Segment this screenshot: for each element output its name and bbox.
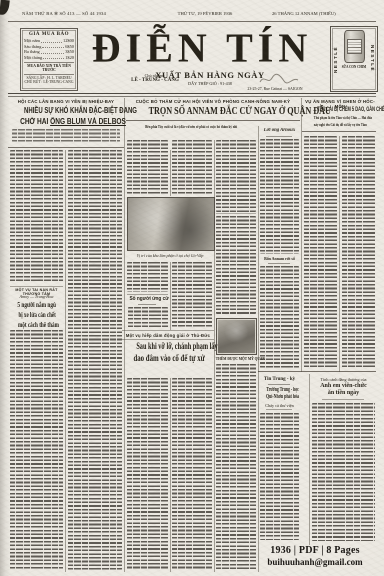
column-divider bbox=[170, 150, 171, 196]
rape-case-line1: Sau khi vỡ lỡ, chánh phạm lấy bbox=[136, 342, 199, 352]
text-column bbox=[260, 413, 299, 540]
annam-subhead: Bốn Annam rớt số bbox=[262, 256, 297, 261]
text-column bbox=[216, 364, 256, 570]
text-column bbox=[304, 136, 337, 368]
headline-right-title: TÊN CẢI BỊ CHÉM 5 DAO, GẦN CHẾT bbox=[317, 106, 363, 113]
masthead-rule bbox=[8, 93, 376, 97]
train-headline: 5 người nằm ngủ bị xe lửa cán chết một c… bbox=[10, 300, 63, 329]
train-headline-line1: 5 người nằm ngủ bbox=[17, 300, 55, 309]
headline-center-title: TRỌN SỐ ANNAM ĐẮC CỬ NGAY Ở QUẬN ĐẦU bbox=[149, 105, 278, 117]
scan-watermark: 1936 | PDF | 8 Pages buihuuhanh@gmail.co… bbox=[256, 545, 374, 567]
arnoux-heading-wrap: Lời ông Arnoux bbox=[260, 128, 299, 133]
rape-case-line2: dao đâm vào cổ để tự xử bbox=[133, 354, 202, 364]
photo2-caption-wrap: THÊM ĐƯỢC MỘT MỸ QUAN bbox=[214, 357, 259, 361]
masthead-title: ĐIỄN TÍN bbox=[84, 27, 320, 69]
text-column bbox=[10, 150, 63, 283]
text-column bbox=[260, 266, 299, 368]
photo-portrait bbox=[216, 318, 257, 355]
article-rule bbox=[122, 339, 214, 340]
text-column bbox=[68, 150, 122, 570]
column-divider bbox=[170, 262, 171, 330]
text-column bbox=[260, 139, 299, 254]
train-headline-line2: bị xe lửa cán chết bbox=[18, 310, 54, 319]
central-news-headline: Trường Trung - học Qui-Nhơn phát hỏa bbox=[259, 387, 300, 400]
clerks-kicker: Tình cảnh đáng thương của bbox=[312, 377, 375, 382]
section-rule bbox=[258, 371, 376, 372]
rape-case-headline: Sau khi vỡ lỡ, chánh phạm lấy dao đâm và… bbox=[120, 342, 216, 364]
subsection-rule bbox=[127, 294, 168, 295]
headline-center-subtitle-wrap: Bên phía Tây cuối số là vị đắc-cử nên sẽ… bbox=[126, 124, 254, 129]
photo-market-site bbox=[127, 197, 215, 251]
rape-case-kicker: Một vụ hiếp dâm động giái ở Thủ-Đức bbox=[122, 333, 214, 338]
central-news-label: Tin Trung - kỳ bbox=[260, 377, 299, 382]
right-block-rule bbox=[302, 131, 376, 132]
headline-center-subtitle: Bên phía Tây cuối số là vị đắc-cử nên sẽ… bbox=[145, 124, 235, 129]
column-divider bbox=[301, 98, 302, 372]
central-news-line2: Qui-Nhơn phát hỏa bbox=[266, 394, 293, 400]
text-column bbox=[172, 378, 212, 570]
headline-right: TÊN CẢI BỊ CHÉM 5 DAO, GẦN CHẾT bbox=[302, 106, 378, 113]
editor-line: CHỦ BÚT : LÊ-TRUNG-CANG bbox=[24, 80, 74, 84]
subsection-rule bbox=[268, 384, 290, 385]
column-divider bbox=[170, 378, 171, 572]
masthead-address: 23-25-27, Rue Catinat — SAIGON bbox=[236, 87, 314, 91]
left-block-rule bbox=[8, 147, 124, 148]
candidates-heading-wrap: Số người ứng cử bbox=[127, 296, 168, 302]
central-news-line1: Trường Trung - học bbox=[266, 387, 292, 393]
headline-right-sub: Thủ phạm là tên Tâm và thị Chín — Hai đứ… bbox=[304, 115, 374, 127]
price-value: 1$20 bbox=[65, 55, 74, 61]
headline-right-sub2: này nghi tên Cải dụ dỗ và lấy vợ tên Tâm bbox=[314, 122, 364, 127]
vote-table bbox=[216, 140, 256, 212]
headline-center: TRỌN SỐ ANNAM ĐẮC CỬ NGAY Ở QUẬN ĐẦU bbox=[126, 105, 300, 117]
price-label: Một tháng bbox=[24, 55, 42, 61]
clerks-line1: Anh em viên-chức bbox=[312, 383, 375, 389]
headline-right-sub1: Thủ phạm là tên Tâm và thị Chín — Hai đứ… bbox=[314, 115, 364, 120]
subsection-rule bbox=[266, 136, 292, 137]
watermark-email: buihuuhanh@gmail.com bbox=[256, 557, 374, 567]
subsection-rule bbox=[268, 263, 290, 264]
central-news-subtitle: Cháy cả thư viện bbox=[260, 403, 299, 408]
subsection-rule bbox=[322, 399, 364, 400]
scan-gutter-shadow bbox=[0, 0, 10, 576]
column-divider bbox=[339, 136, 340, 372]
text-column bbox=[216, 216, 256, 314]
price-box-note: MUA BÁO XIN TRẢ TIỀN TRƯỚC bbox=[24, 64, 74, 72]
text-column bbox=[10, 330, 63, 570]
dateline-center: THỨ TƯ, 19 FÉVRIER 1936 bbox=[150, 11, 260, 16]
nestle-ad: NESTLÉ SỮA CON CHIM NESTLÉ bbox=[330, 26, 378, 92]
text-column bbox=[312, 403, 375, 541]
annam-subhead-wrap: Bốn Annam rớt số bbox=[260, 256, 299, 261]
headline-left: NHIỀU SỰ KHÓ KHĂN ĐẶC-BIỆT ĐANG CHỜ HAI … bbox=[10, 106, 122, 126]
price-row: Một tháng1$20 bbox=[24, 55, 74, 61]
headline-center-rule bbox=[126, 120, 300, 121]
headline-left-line2: CHỜ HAI ÔNG BLUM VÀ DELBOS bbox=[20, 117, 112, 126]
nestle-brand-right: NESTLÉ bbox=[370, 29, 375, 89]
nestle-brand-left: NESTLÉ bbox=[333, 29, 338, 89]
lede-paragraph bbox=[12, 129, 120, 142]
arnoux-heading: Lời ông Arnoux bbox=[261, 128, 298, 133]
milk-can-illustration bbox=[344, 30, 365, 63]
dateline-right: 26 THÁNG 12 ANNAM (THIẾU) bbox=[272, 11, 336, 16]
column-divider bbox=[65, 150, 66, 572]
column-divider bbox=[309, 374, 310, 545]
watermark-year-pages: 1936 | PDF | 8 Pages bbox=[256, 545, 374, 556]
photo1-caption: Vị trí của khu lâm phận ở tại chợ Gò-Vấp bbox=[122, 253, 218, 258]
article-rule bbox=[122, 330, 214, 331]
photo2-caption: THÊM ĐƯỢC MỘT MỸ QUAN bbox=[216, 357, 257, 361]
text-column bbox=[127, 378, 168, 570]
price-box-title: GIÁ MUA BÁO bbox=[24, 32, 74, 37]
text-column bbox=[342, 136, 375, 368]
subscription-box: GIÁ MUA BÁO Một năm12$00 Sáu tháng6$50 B… bbox=[20, 28, 78, 91]
text-column bbox=[127, 140, 168, 195]
headline-left-line2-prefix: CHỜ HAI bbox=[20, 117, 50, 126]
table-rule bbox=[216, 213, 256, 214]
dateline-left: NĂM THỨ BA ✻ SỐ 413 — SỐ 44 1934 bbox=[22, 11, 106, 17]
clerks-line2: ăn tiền ngày bbox=[312, 390, 375, 396]
train-dateline: Amoy — Trung-Hoa bbox=[10, 294, 63, 299]
column-divider bbox=[258, 126, 259, 572]
headline-center-kicker: CUỘC BỎ THĂM CỬ HAI HỘI VIÊN VÔ PHÒNG CA… bbox=[128, 99, 298, 104]
text-column bbox=[127, 262, 168, 292]
text-column bbox=[172, 140, 212, 195]
headline-left-kicker: HỘI CÁC LÂN BANG VI YÊN BỊ NHIỆU-BAY bbox=[10, 99, 122, 104]
candidates-list bbox=[128, 307, 168, 328]
newspaper-page: NĂM THỨ BA ✻ SỐ 413 — SỐ 44 1934 THỨ TƯ,… bbox=[0, 0, 384, 576]
candidates-heading: Số người ứng cử bbox=[129, 296, 165, 302]
subsection-rule bbox=[266, 409, 292, 410]
text-column bbox=[172, 262, 212, 328]
headline-left-line1: NHIỀU SỰ KHÓ KHĂN ĐẶC-BIỆT ĐANG bbox=[24, 106, 108, 115]
clerks-headline: Anh em viên-chức ăn tiền ngày bbox=[312, 383, 375, 396]
dateline-rule bbox=[8, 21, 376, 22]
headline-left-line2-underlined: ÔNG BLUM VÀ DELBOS bbox=[50, 117, 126, 126]
handwritten-mark bbox=[258, 72, 300, 86]
nestle-product: SỮA CON CHIM bbox=[340, 65, 369, 69]
subsection-rule bbox=[138, 304, 156, 305]
train-headline-line3: một cách thê thảm bbox=[18, 320, 55, 329]
article-rule bbox=[10, 286, 63, 287]
